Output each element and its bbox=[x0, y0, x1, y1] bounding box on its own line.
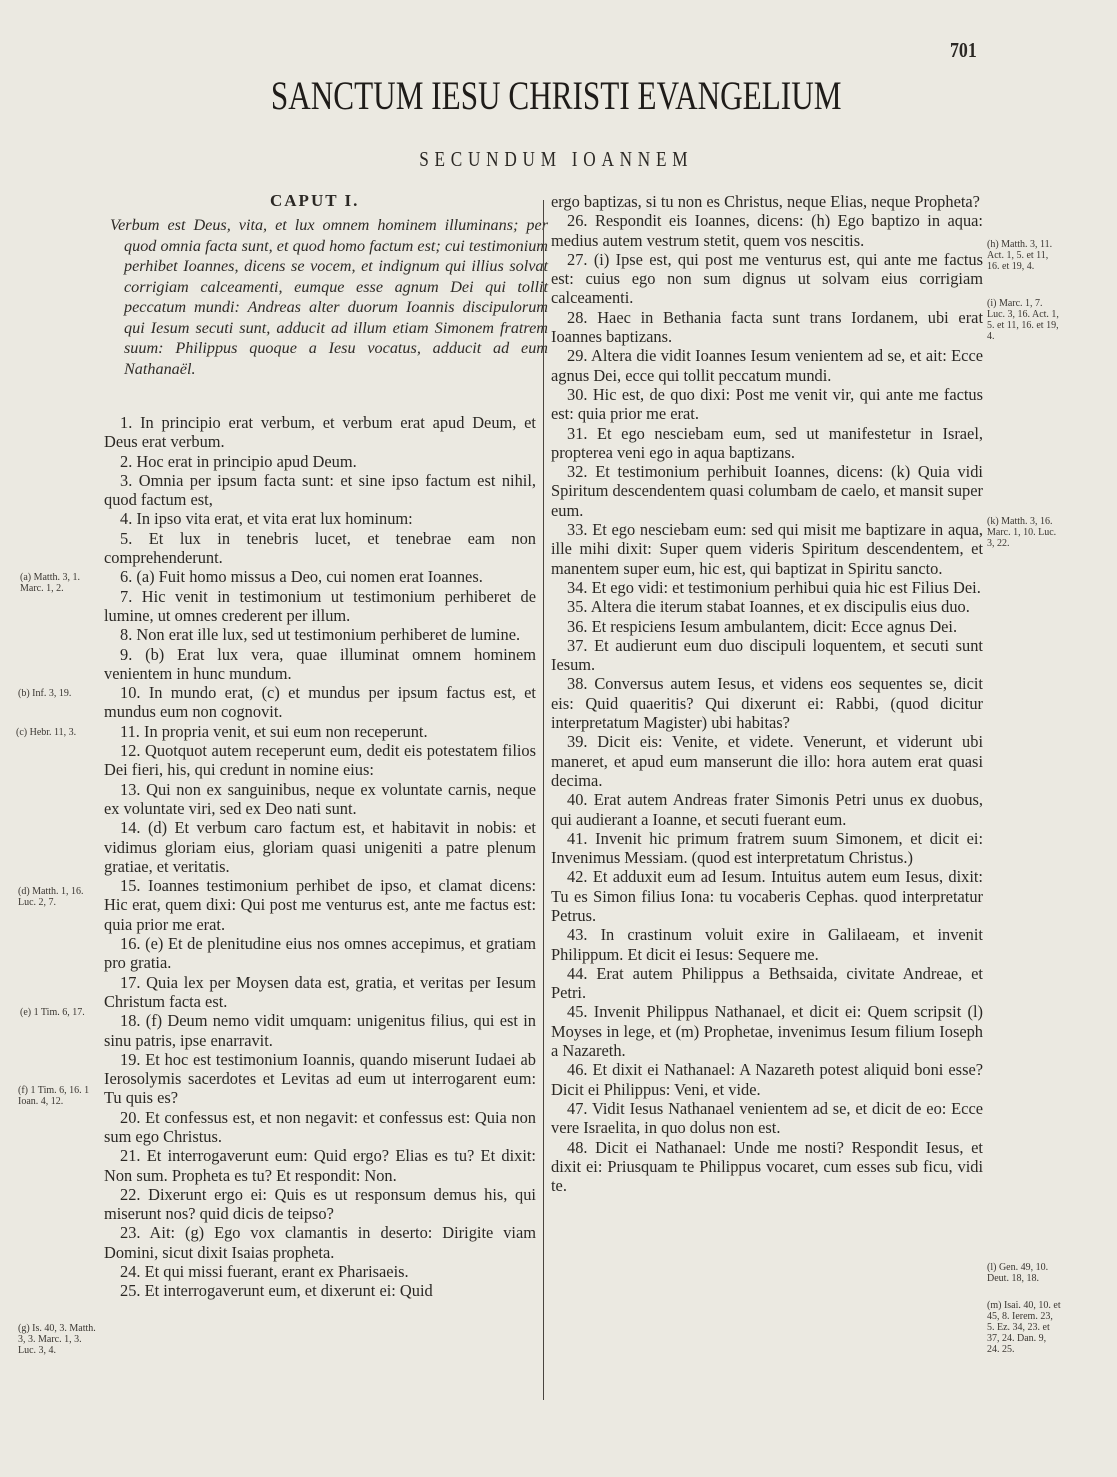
verse-number: 12. bbox=[120, 741, 145, 760]
verse-number: 45. bbox=[567, 1002, 594, 1021]
verse-text: Et adduxit eum ad Iesum. Intuitus autem … bbox=[551, 867, 983, 925]
verse-text: ergo baptizas, si tu non es Christus, ne… bbox=[551, 192, 980, 211]
verse: 15. Ioannes testimonium perhibet de ipso… bbox=[104, 876, 536, 934]
margin-note-k: (k) Matth. 3, 16. Marc. 1, 10. Luc. 3, 2… bbox=[987, 516, 1061, 549]
verse-text: Et interrogaverunt eum, et dixerunt ei: … bbox=[145, 1281, 433, 1300]
verse-text: (b) Erat lux vera, quae illuminat omnem … bbox=[104, 645, 536, 683]
verse-number: 11. bbox=[120, 722, 144, 741]
margin-note-g: (g) Is. 40, 3. Matth. 3, 3. Marc. 1, 3. … bbox=[18, 1323, 100, 1356]
verse: 3. Omnia per ipsum facta sunt: et sine i… bbox=[104, 471, 536, 510]
verse: 35. Altera die iterum stabat Ioannes, et… bbox=[551, 597, 983, 616]
verse: 33. Et ego nesciebam eum: sed qui misit … bbox=[551, 520, 983, 578]
verse-text: (e) Et de plenitudine eius nos omnes acc… bbox=[104, 934, 536, 972]
verse-text: Et ego nesciebam eum, sed ut manifestetu… bbox=[551, 424, 983, 462]
verse: 17. Quia lex per Moysen data est, gratia… bbox=[104, 973, 536, 1012]
verse-text: Invenit Philippus Nathanael, et dicit ei… bbox=[551, 1002, 983, 1060]
verse-number: 30. bbox=[567, 385, 593, 404]
verse-number: 17. bbox=[120, 973, 146, 992]
verse-text: (d) Et verbum caro factum est, et habita… bbox=[104, 818, 536, 876]
verse-number: 39. bbox=[567, 732, 597, 751]
verse-number: 44. bbox=[567, 964, 596, 983]
verse-text: Quotquot autem receperunt eum, dedit eis… bbox=[104, 741, 536, 779]
verse-number: 16. bbox=[120, 934, 145, 953]
verse-number: 26. bbox=[567, 211, 595, 230]
verse-text: Erat autem Andreas frater Simonis Petri … bbox=[551, 790, 983, 828]
verse: 27. (i) Ipse est, qui post me venturus e… bbox=[551, 250, 983, 308]
page-number: 701 bbox=[950, 38, 977, 63]
verse-text: Ait: (g) Ego vox clamantis in deserto: D… bbox=[104, 1223, 536, 1261]
verse-text: Haec in Bethania facta sunt trans Iordan… bbox=[551, 308, 983, 346]
verse: 31. Et ego nesciebam eum, sed ut manifes… bbox=[551, 424, 983, 463]
verse: 26. Respondit eis Ioannes, dicens: (h) E… bbox=[551, 211, 983, 250]
verse-text: Vidit Iesus Nathanael venientem ad se, e… bbox=[551, 1099, 983, 1137]
chapter-summary: Verbum est Deus, vita, et lux omnem homi… bbox=[110, 215, 548, 379]
verse-number: 5. bbox=[120, 529, 149, 548]
verse-number: 38. bbox=[567, 674, 594, 693]
verse-number: 9. bbox=[120, 645, 145, 664]
verse-number: 37. bbox=[567, 636, 594, 655]
verse-text: Et qui missi fuerant, erant ex Pharisaei… bbox=[145, 1262, 409, 1281]
verse: 7. Hic venit in testimonium ut testimoni… bbox=[104, 587, 536, 626]
verse-number: 8. bbox=[120, 625, 136, 644]
verse-number: 24. bbox=[120, 1262, 145, 1281]
margin-note-l: (l) Gen. 49, 10. Deut. 18, 18. bbox=[987, 1262, 1061, 1284]
verse: 48. Dicit ei Nathanael: Unde me nosti? R… bbox=[551, 1138, 983, 1196]
verse-text: Invenit hic primum fratrem suum Simonem,… bbox=[551, 829, 983, 867]
verse-text: Erat autem Philippus a Bethsaida, civita… bbox=[551, 964, 983, 1002]
verse-text: Hoc erat in principio apud Deum. bbox=[136, 452, 356, 471]
verse-number: 47. bbox=[567, 1099, 592, 1118]
verse: 10. In mundo erat, (c) et mundus per ips… bbox=[104, 683, 536, 722]
verse: 43. In crastinum voluit exire in Galilae… bbox=[551, 925, 983, 964]
verse-text: (i) Ipse est, qui post me venturus est, … bbox=[551, 250, 983, 308]
margin-note-h: (h) Matth. 3, 11. Act. 1, 5. et 11, 16. … bbox=[987, 239, 1061, 272]
verse: 21. Et interrogaverunt eum: Quid ergo? E… bbox=[104, 1146, 536, 1185]
verse: 30. Hic est, de quo dixi: Post me venit … bbox=[551, 385, 983, 424]
verse-number: 42. bbox=[567, 867, 593, 886]
verse-number: 10. bbox=[120, 683, 149, 702]
verse-text: Et testimonium perhibuit Ioannes, dicens… bbox=[551, 462, 983, 520]
verse-number: 33. bbox=[567, 520, 592, 539]
verse: 46. Et dixit ei Nathanael: A Nazareth po… bbox=[551, 1060, 983, 1099]
verse-number: 21. bbox=[120, 1146, 147, 1165]
verse: 12. Quotquot autem receperunt eum, dedit… bbox=[104, 741, 536, 780]
verse-number: 46. bbox=[567, 1060, 593, 1079]
verse-number: 4. bbox=[120, 509, 136, 528]
verse-text: Et ego nesciebam eum: sed qui misit me b… bbox=[551, 520, 983, 578]
verse-text: Et audierunt eum duo discipuli loquentem… bbox=[551, 636, 983, 674]
verse-number: 18. bbox=[120, 1011, 146, 1030]
verse: 47. Vidit Iesus Nathanael venientem ad s… bbox=[551, 1099, 983, 1138]
verse-text: Non erat ille lux, sed ut testimonium pe… bbox=[136, 625, 520, 644]
right-column: ergo baptizas, si tu non es Christus, ne… bbox=[551, 192, 983, 1195]
verse-number: 48. bbox=[567, 1138, 595, 1157]
margin-note-e: (e) 1 Tim. 6, 17. bbox=[20, 1007, 102, 1018]
verse-text: Dixerunt ergo ei: Quis es ut responsum d… bbox=[104, 1185, 536, 1223]
verse-text: Hic est, de quo dixi: Post me venit vir,… bbox=[551, 385, 983, 423]
page-subtitle: SECUNDUM IOANNEM bbox=[98, 147, 1014, 172]
margin-note-f: (f) 1 Tim. 6, 16. 1 Ioan. 4, 12. bbox=[18, 1085, 100, 1107]
verse-text: Et confessus est, et non negavit: et con… bbox=[104, 1108, 536, 1146]
verse-text: Altera die vidit Ioannes Iesum venientem… bbox=[551, 346, 983, 384]
verse-text: In principio erat verbum, et verbum erat… bbox=[104, 413, 536, 451]
verse-text: Altera die iterum stabat Ioannes, et ex … bbox=[591, 597, 970, 616]
verse: 11. In propria venit, et sui eum non rec… bbox=[104, 722, 536, 741]
verse: 29. Altera die vidit Ioannes Iesum venie… bbox=[551, 346, 983, 385]
verse-text: In ipso vita erat, et vita erat lux homi… bbox=[136, 509, 412, 528]
verse: 28. Haec in Bethania facta sunt trans Io… bbox=[551, 308, 983, 347]
verse: 4. In ipso vita erat, et vita erat lux h… bbox=[104, 509, 536, 528]
verse-number: 43. bbox=[567, 925, 601, 944]
margin-note-d: (d) Matth. 1, 16. Luc. 2, 7. bbox=[18, 886, 100, 908]
verse-text: Et lux in tenebris lucet, et tenebrae ea… bbox=[104, 529, 536, 567]
verse-text: Et dixit ei Nathanael: A Nazareth potest… bbox=[551, 1060, 983, 1098]
verse-text: Qui non ex sanguinibus, neque ex volunta… bbox=[104, 780, 536, 818]
verse: 44. Erat autem Philippus a Bethsaida, ci… bbox=[551, 964, 983, 1003]
verse-text: (a) Fuit homo missus a Deo, cui nomen er… bbox=[136, 567, 482, 586]
left-column: 1. In principio erat verbum, et verbum e… bbox=[104, 413, 536, 1301]
verse-number: 7. bbox=[120, 587, 142, 606]
verse: 9. (b) Erat lux vera, quae illuminat omn… bbox=[104, 645, 536, 684]
verse-text: Quia lex per Moysen data est, gratia, et… bbox=[104, 973, 536, 1011]
verse-number: 6. bbox=[120, 567, 136, 586]
verse-text: Et ego vidi: et testimonium perhibui qui… bbox=[592, 578, 981, 597]
verse-number: 31. bbox=[567, 424, 597, 443]
verse: 41. Invenit hic primum fratrem suum Simo… bbox=[551, 829, 983, 868]
verse: 1. In principio erat verbum, et verbum e… bbox=[104, 413, 536, 452]
verse-text: Dicit eis: Venite, et videte. Venerunt, … bbox=[551, 732, 983, 790]
verse: 25. Et interrogaverunt eum, et dixerunt … bbox=[104, 1281, 536, 1300]
verse-number: 19. bbox=[120, 1050, 145, 1069]
verse-number: 36. bbox=[567, 617, 592, 636]
verse: 8. Non erat ille lux, sed ut testimonium… bbox=[104, 625, 536, 644]
verse: 42. Et adduxit eum ad Iesum. Intuitus au… bbox=[551, 867, 983, 925]
verse-number: 22. bbox=[120, 1185, 148, 1204]
verse: 40. Erat autem Andreas frater Simonis Pe… bbox=[551, 790, 983, 829]
verse-text: Et respiciens Iesum ambulantem, dicit: E… bbox=[592, 617, 957, 636]
verse-text: Respondit eis Ioannes, dicens: (h) Ego b… bbox=[551, 211, 983, 249]
verse-text: Conversus autem Iesus, et videns eos seq… bbox=[551, 674, 983, 732]
verse-number: 14. bbox=[120, 818, 148, 837]
verse-number: 23. bbox=[120, 1223, 150, 1242]
margin-note-b: (b) Inf. 3, 19. bbox=[18, 688, 100, 699]
verse-text: Et interrogaverunt eum: Quid ergo? Elias… bbox=[104, 1146, 536, 1184]
verse-text: Ioannes testimonium perhibet de ipso, et… bbox=[104, 876, 536, 934]
verse-number: 28. bbox=[567, 308, 597, 327]
verse-number: 27. bbox=[567, 250, 594, 269]
verse-text: (f) Deum nemo vidit umquam: unigenitus f… bbox=[104, 1011, 536, 1049]
verse-text: In mundo erat, (c) et mundus per ipsum f… bbox=[104, 683, 536, 721]
verse-text: Hic venit in testimonium ut testimonium … bbox=[104, 587, 536, 625]
verse-number: 29. bbox=[567, 346, 591, 365]
verse: 19. Et hoc est testimonium Ioannis, quan… bbox=[104, 1050, 536, 1108]
verse: 16. (e) Et de plenitudine eius nos omnes… bbox=[104, 934, 536, 973]
chapter-heading: CAPUT I. bbox=[270, 191, 359, 211]
verse-number: 34. bbox=[567, 578, 592, 597]
verse-number: 13. bbox=[120, 780, 146, 799]
verse-number: 2. bbox=[120, 452, 136, 471]
verse: 5. Et lux in tenebris lucet, et tenebrae… bbox=[104, 529, 536, 568]
verse-text: In crastinum voluit exire in Galilaeam, … bbox=[551, 925, 983, 963]
verse: 20. Et confessus est, et non negavit: et… bbox=[104, 1108, 536, 1147]
verse: 38. Conversus autem Iesus, et videns eos… bbox=[551, 674, 983, 732]
margin-note-c: (c) Hebr. 11, 3. bbox=[16, 727, 98, 738]
verse-text: Dicit ei Nathanael: Unde me nosti? Respo… bbox=[551, 1138, 983, 1196]
verse-text: Et hoc est testimonium Ioannis, quando m… bbox=[104, 1050, 536, 1108]
verse-number: 32. bbox=[567, 462, 595, 481]
verse: 24. Et qui missi fuerant, erant ex Phari… bbox=[104, 1262, 536, 1281]
margin-note-i: (i) Marc. 1, 7. Luc. 3, 16. Act. 1, 5. e… bbox=[987, 298, 1061, 342]
verse: 14. (d) Et verbum caro factum est, et ha… bbox=[104, 818, 536, 876]
verse-number: 3. bbox=[120, 471, 139, 490]
verse: 36. Et respiciens Iesum ambulantem, dici… bbox=[551, 617, 983, 636]
verse: 18. (f) Deum nemo vidit umquam: unigenit… bbox=[104, 1011, 536, 1050]
verse-number: 20. bbox=[120, 1108, 145, 1127]
verse: 13. Qui non ex sanguinibus, neque ex vol… bbox=[104, 780, 536, 819]
verse-text: In propria venit, et sui eum non receper… bbox=[144, 722, 428, 741]
margin-note-a: (a) Matth. 3, 1. Marc. 1, 2. bbox=[20, 572, 102, 594]
margin-note-m: (m) Isai. 40, 10. et 45, 8. Ierem. 23, 5… bbox=[987, 1300, 1061, 1355]
verse-number: 40. bbox=[567, 790, 594, 809]
verse-text: Omnia per ipsum facta sunt: et sine ipso… bbox=[104, 471, 536, 509]
verse-number: 25. bbox=[120, 1281, 145, 1300]
verse: 39. Dicit eis: Venite, et videte. Veneru… bbox=[551, 732, 983, 790]
column-divider bbox=[543, 200, 544, 1400]
verse: 2. Hoc erat in principio apud Deum. bbox=[104, 452, 536, 471]
verse: 22. Dixerunt ergo ei: Quis es ut respons… bbox=[104, 1185, 536, 1224]
verse: 37. Et audierunt eum duo discipuli loque… bbox=[551, 636, 983, 675]
verse: 34. Et ego vidi: et testimonium perhibui… bbox=[551, 578, 983, 597]
page-title: SANCTUM IESU CHRISTI EVANGELIUM bbox=[121, 72, 992, 119]
verse: ergo baptizas, si tu non es Christus, ne… bbox=[551, 192, 983, 211]
verse-number: 41. bbox=[567, 829, 595, 848]
verse-number: 1. bbox=[120, 413, 140, 432]
verse-number: 35. bbox=[567, 597, 591, 616]
verse: 6. (a) Fuit homo missus a Deo, cui nomen… bbox=[104, 567, 536, 586]
verse: 45. Invenit Philippus Nathanael, et dici… bbox=[551, 1002, 983, 1060]
verse: 32. Et testimonium perhibuit Ioannes, di… bbox=[551, 462, 983, 520]
verse: 23. Ait: (g) Ego vox clamantis in desert… bbox=[104, 1223, 536, 1262]
verse-number: 15. bbox=[120, 876, 148, 895]
